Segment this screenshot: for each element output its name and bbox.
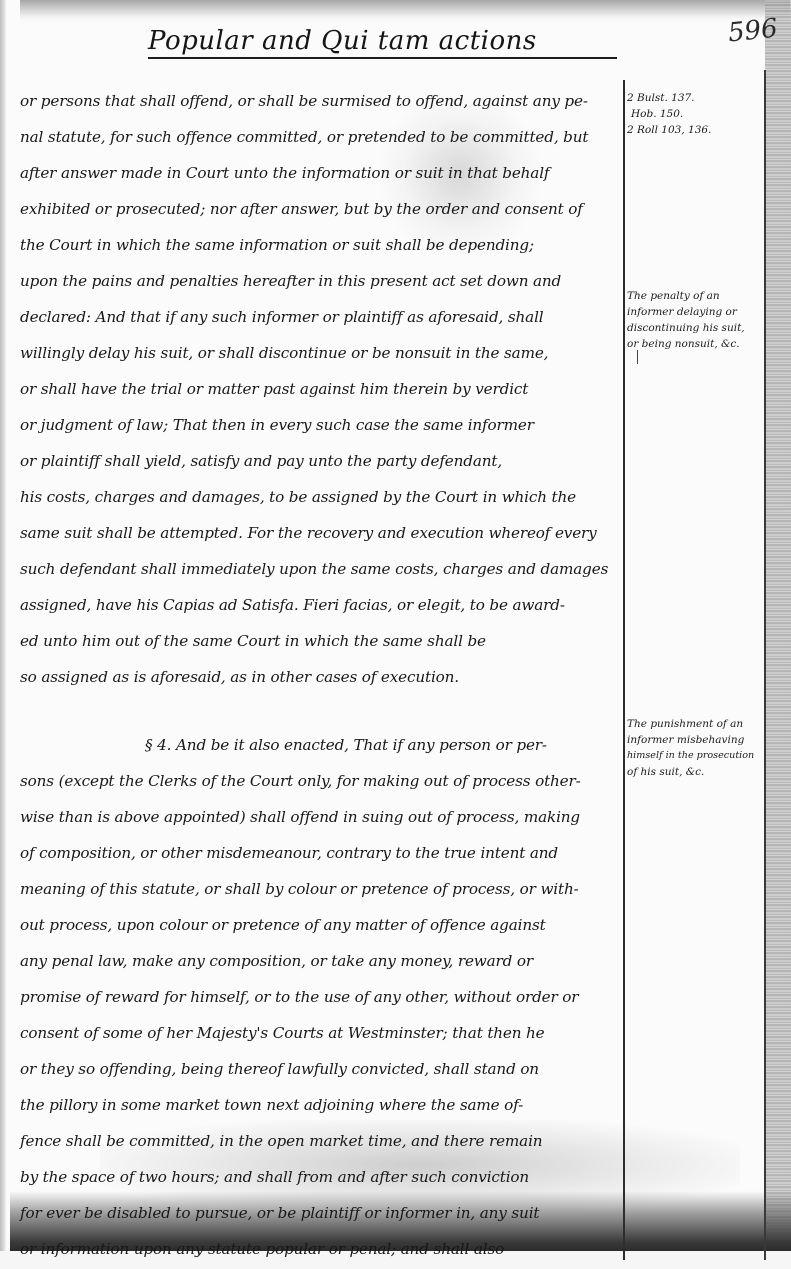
margin-note-punishment: The punishment of an informer misbehavin… xyxy=(627,716,762,780)
margin-rule-left xyxy=(623,80,625,1260)
text-line: after answer made in Court unto the info… xyxy=(20,163,549,183)
text-line: wise than is above appointed) shall offe… xyxy=(20,807,580,827)
margin-note-line: informer misbehaving xyxy=(627,732,762,748)
text-line: the pillory in some market town next adj… xyxy=(20,1095,523,1115)
text-line: his costs, charges and damages, to be as… xyxy=(20,487,576,507)
text-line: fence shall be committed, in the open ma… xyxy=(20,1131,542,1151)
text-line: same suit shall be attempted. For the re… xyxy=(20,523,597,543)
text-line: exhibited or prosecuted; nor after answe… xyxy=(20,199,583,219)
margin-note-penalty: The penalty of an informer delaying or d… xyxy=(627,288,762,352)
citation: Hob. 150. xyxy=(627,106,762,122)
margin-note-line: himself in the prosecution xyxy=(627,748,762,764)
text-line: upon the pains and penalties hereafter i… xyxy=(20,271,561,291)
margin-note-line: or being nonsuit, &c. xyxy=(627,336,762,352)
text-line: promise of reward for himself, or to the… xyxy=(20,987,578,1007)
text-line: or they so offending, being thereof lawf… xyxy=(20,1059,539,1079)
text-line: or information upon any statute popular … xyxy=(20,1239,504,1259)
margin-note-line: The punishment of an xyxy=(627,716,762,732)
text-line: the Court in which the same information … xyxy=(20,235,534,255)
text-line: ed unto him out of the same Court in whi… xyxy=(20,631,486,651)
section-4-start: § 4. And be it also enacted, That if any… xyxy=(145,735,547,755)
text-line: or shall have the trial or matter past a… xyxy=(20,379,528,399)
text-line: declared: And that if any such informer … xyxy=(20,307,544,327)
text-line: nal statute, for such offence committed,… xyxy=(20,127,588,147)
margin-citations: 2 Bulst. 137. Hob. 150. 2 Roll 103, 136. xyxy=(627,90,762,138)
text-line: so assigned as is aforesaid, as in other… xyxy=(20,667,459,687)
text-line: willingly delay his suit, or shall disco… xyxy=(20,343,548,363)
text-line: of composition, or other misdemeanour, c… xyxy=(20,843,558,863)
scan-right-edge xyxy=(765,0,791,1269)
text-line: out process, upon colour or pretence of … xyxy=(20,915,546,935)
text-line: meaning of this statute, or shall by col… xyxy=(20,879,579,899)
margin-note-line: of his suit, &c. xyxy=(627,764,762,780)
page-title: Popular and Qui tam actions xyxy=(148,26,617,59)
margin-rule-right xyxy=(764,70,766,1260)
scan-left-edge xyxy=(0,0,6,1269)
margin-note-line: The penalty of an xyxy=(627,288,762,304)
text-line: by the space of two hours; and shall fro… xyxy=(20,1167,529,1187)
text-line: assigned, have his Capias ad Satisfa. Fi… xyxy=(20,595,565,615)
text-line: or persons that shall offend, or shall b… xyxy=(20,91,588,111)
text-line: any penal law, make any composition, or … xyxy=(20,951,533,971)
margin-note-line: discontinuing his suit, xyxy=(627,320,762,336)
text-line: for ever be disabled to pursue, or be pl… xyxy=(20,1203,539,1223)
text-line: or judgment of law; That then in every s… xyxy=(20,415,534,435)
text-line: such defendant shall immediately upon th… xyxy=(20,559,608,579)
text-line: consent of some of her Majesty's Courts … xyxy=(20,1023,545,1043)
manuscript-page: Popular and Qui tam actions 596 2 Bulst.… xyxy=(0,0,791,1269)
citation: 2 Roll 103, 136. xyxy=(627,122,762,138)
page-number: 596 xyxy=(727,13,780,48)
scan-top-smudge xyxy=(20,0,790,22)
margin-note-line: informer delaying or xyxy=(627,304,762,320)
margin-tick-mark xyxy=(637,350,638,364)
text-line: or plaintiff shall yield, satisfy and pa… xyxy=(20,451,502,471)
text-line: sons (except the Clerks of the Court onl… xyxy=(20,771,581,791)
citation: 2 Bulst. 137. xyxy=(627,90,762,106)
